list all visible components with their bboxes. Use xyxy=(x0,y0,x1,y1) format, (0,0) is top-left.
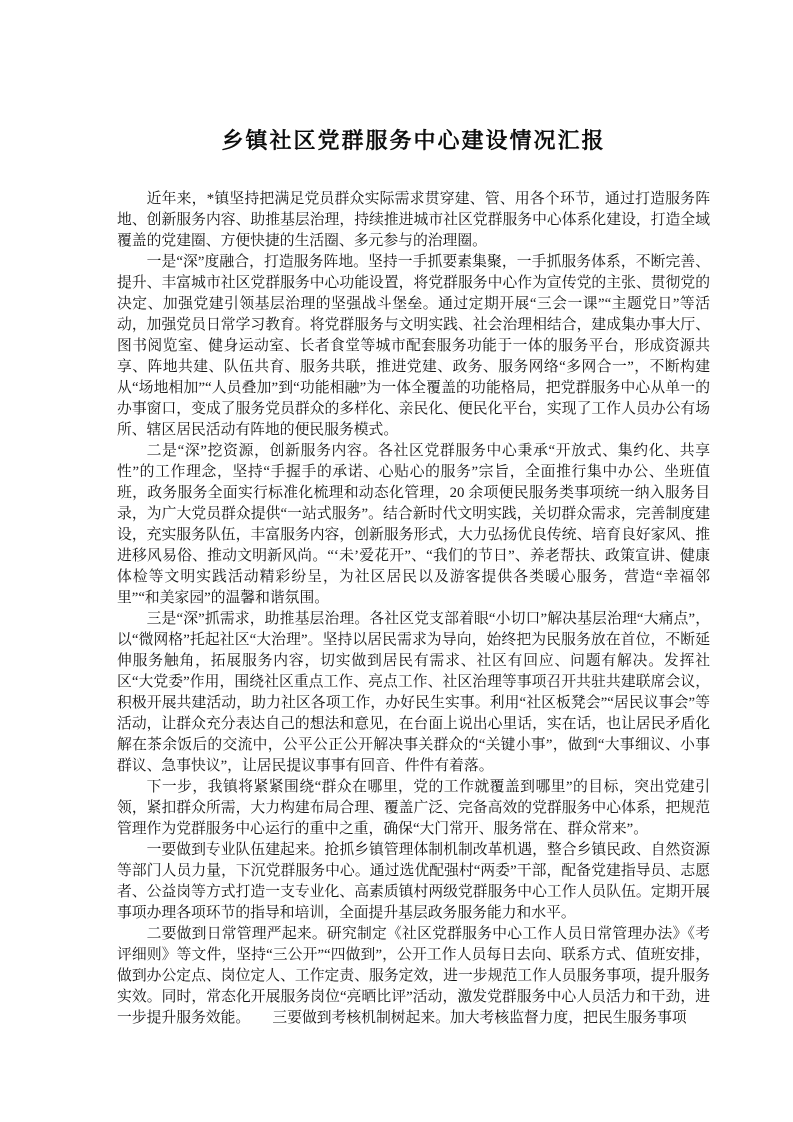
document-title: 乡镇社区党群服务中心建设情况汇报 xyxy=(117,124,710,155)
document-body: 近年来，*镇坚持把满足党员群众实际需求贯穿建、管、用各个环节，通过打造服务阵地、… xyxy=(117,189,710,1029)
paragraph-point-2-service-content: 二是“深”挖资源，创新服务内容。各社区党群服务中心秉承“开放式、集约化、共享性”… xyxy=(117,441,710,609)
paragraph-measure-1-professional-team: 一要做到专业队伍建起来。抢抓乡镇管理体制机制改革机遇，整合乡镇民政、自然资源等部… xyxy=(117,840,710,924)
paragraph-intro: 近年来，*镇坚持把满足党员群众实际需求贯穿建、管、用各个环节，通过打造服务阵地、… xyxy=(117,189,710,252)
paragraph-measure-2-daily-management: 二要做到日常管理严起来。研究制定《社区党群服务中心工作人员日常管理办法》《考评细… xyxy=(117,924,710,1029)
document-page: 乡镇社区党群服务中心建设情况汇报 近年来，*镇坚持把满足党员群众实际需求贯穿建、… xyxy=(0,0,793,1122)
paragraph-point-1-service-positions: 一是“深”度融合，打造服务阵地。坚持一手抓要素集聚，一手抓服务体系，不断完善、提… xyxy=(117,252,710,441)
paragraph-next-steps: 下一步，我镇将紧紧围绕“群众在哪里，党的工作就覆盖到哪里”的目标，突出党建引领，… xyxy=(117,777,710,840)
paragraph-point-3-grassroots-governance: 三是“深”抓需求，助推基层治理。各社区党支部着眼“小切口”解决基层治理“大痛点”… xyxy=(117,609,710,777)
